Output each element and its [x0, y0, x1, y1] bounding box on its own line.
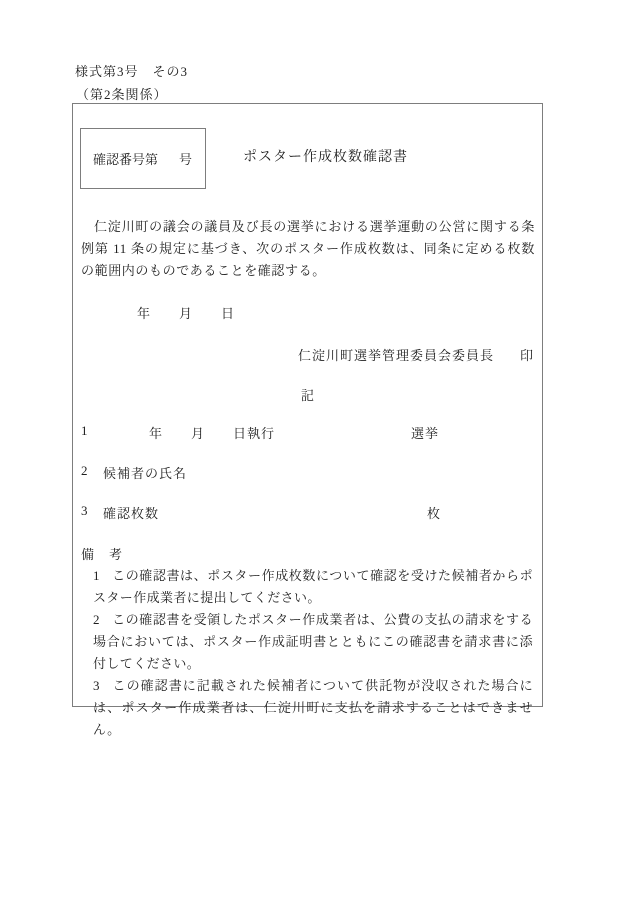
remarks-note: 1この確認書は、ポスター作成枚数について確認を受けた候補者からポスター作成業者に…	[93, 565, 533, 609]
seal-mark: 印	[520, 348, 534, 363]
remarks-heading: 備 考	[81, 544, 123, 563]
list-item-confirmed-count: 3 確認枚数 枚	[73, 503, 542, 523]
item-label: 年 月 日執行	[149, 423, 275, 442]
list-item-candidate-name: 2 候補者の氏名	[73, 463, 542, 483]
remarks-note: 2この確認書を受領したポスター作成業者は、公費の支払の請求をする場合においては、…	[93, 609, 533, 675]
form-number: 様式第3号 その3	[75, 61, 188, 80]
item-label: 確認枚数	[103, 503, 159, 522]
note-number: 2	[93, 612, 100, 627]
item-label: 候補者の氏名	[103, 463, 187, 482]
item-suffix: 選挙	[411, 423, 439, 442]
body-paragraph: 仁淀川町の議会の議員及び長の選挙における選挙運動の公営に関する条例第 11 条の…	[81, 216, 535, 282]
note-text: この確認書は、ポスター作成枚数について確認を受けた候補者からポスター作成業者に提…	[93, 568, 533, 605]
remarks-notes: 1この確認書は、ポスター作成枚数について確認を受けた候補者からポスター作成業者に…	[93, 565, 533, 741]
remarks-note: 3この確認書に記載された候補者について供託物が没収された場合には、ポスター作成業…	[93, 675, 533, 741]
item-number: 3	[81, 503, 88, 519]
note-number: 1	[93, 568, 100, 583]
signer-line: 仁淀川町選挙管理委員会委員長印	[298, 345, 534, 364]
form-border-box: 確認番号第 号 ポスター作成枚数確認書 仁淀川町の議会の議員及び長の選挙における…	[72, 103, 543, 707]
list-item-election: 1 年 月 日執行 選挙	[73, 423, 542, 443]
item-number: 1	[81, 423, 88, 439]
date-line: 年 月 日	[137, 303, 235, 322]
item-number: 2	[81, 463, 88, 479]
document-page: 様式第3号 その3 （第2条関係） 確認番号第 号 ポスター作成枚数確認書 仁淀…	[0, 0, 630, 903]
note-text: この確認書に記載された候補者について供託物が没収された場合には、ポスター作成業者…	[93, 678, 533, 737]
item-suffix: 枚	[427, 503, 440, 522]
signer-name: 仁淀川町選挙管理委員会委員長	[298, 348, 494, 363]
note-text: この確認書を受領したポスター作成業者は、公費の支払の請求をする場合においては、ポ…	[93, 612, 533, 671]
record-heading: 記	[73, 385, 542, 404]
document-title: ポスター作成枚数確認書	[73, 146, 542, 166]
note-number: 3	[93, 678, 100, 693]
article-reference: （第2条関係）	[76, 84, 168, 103]
